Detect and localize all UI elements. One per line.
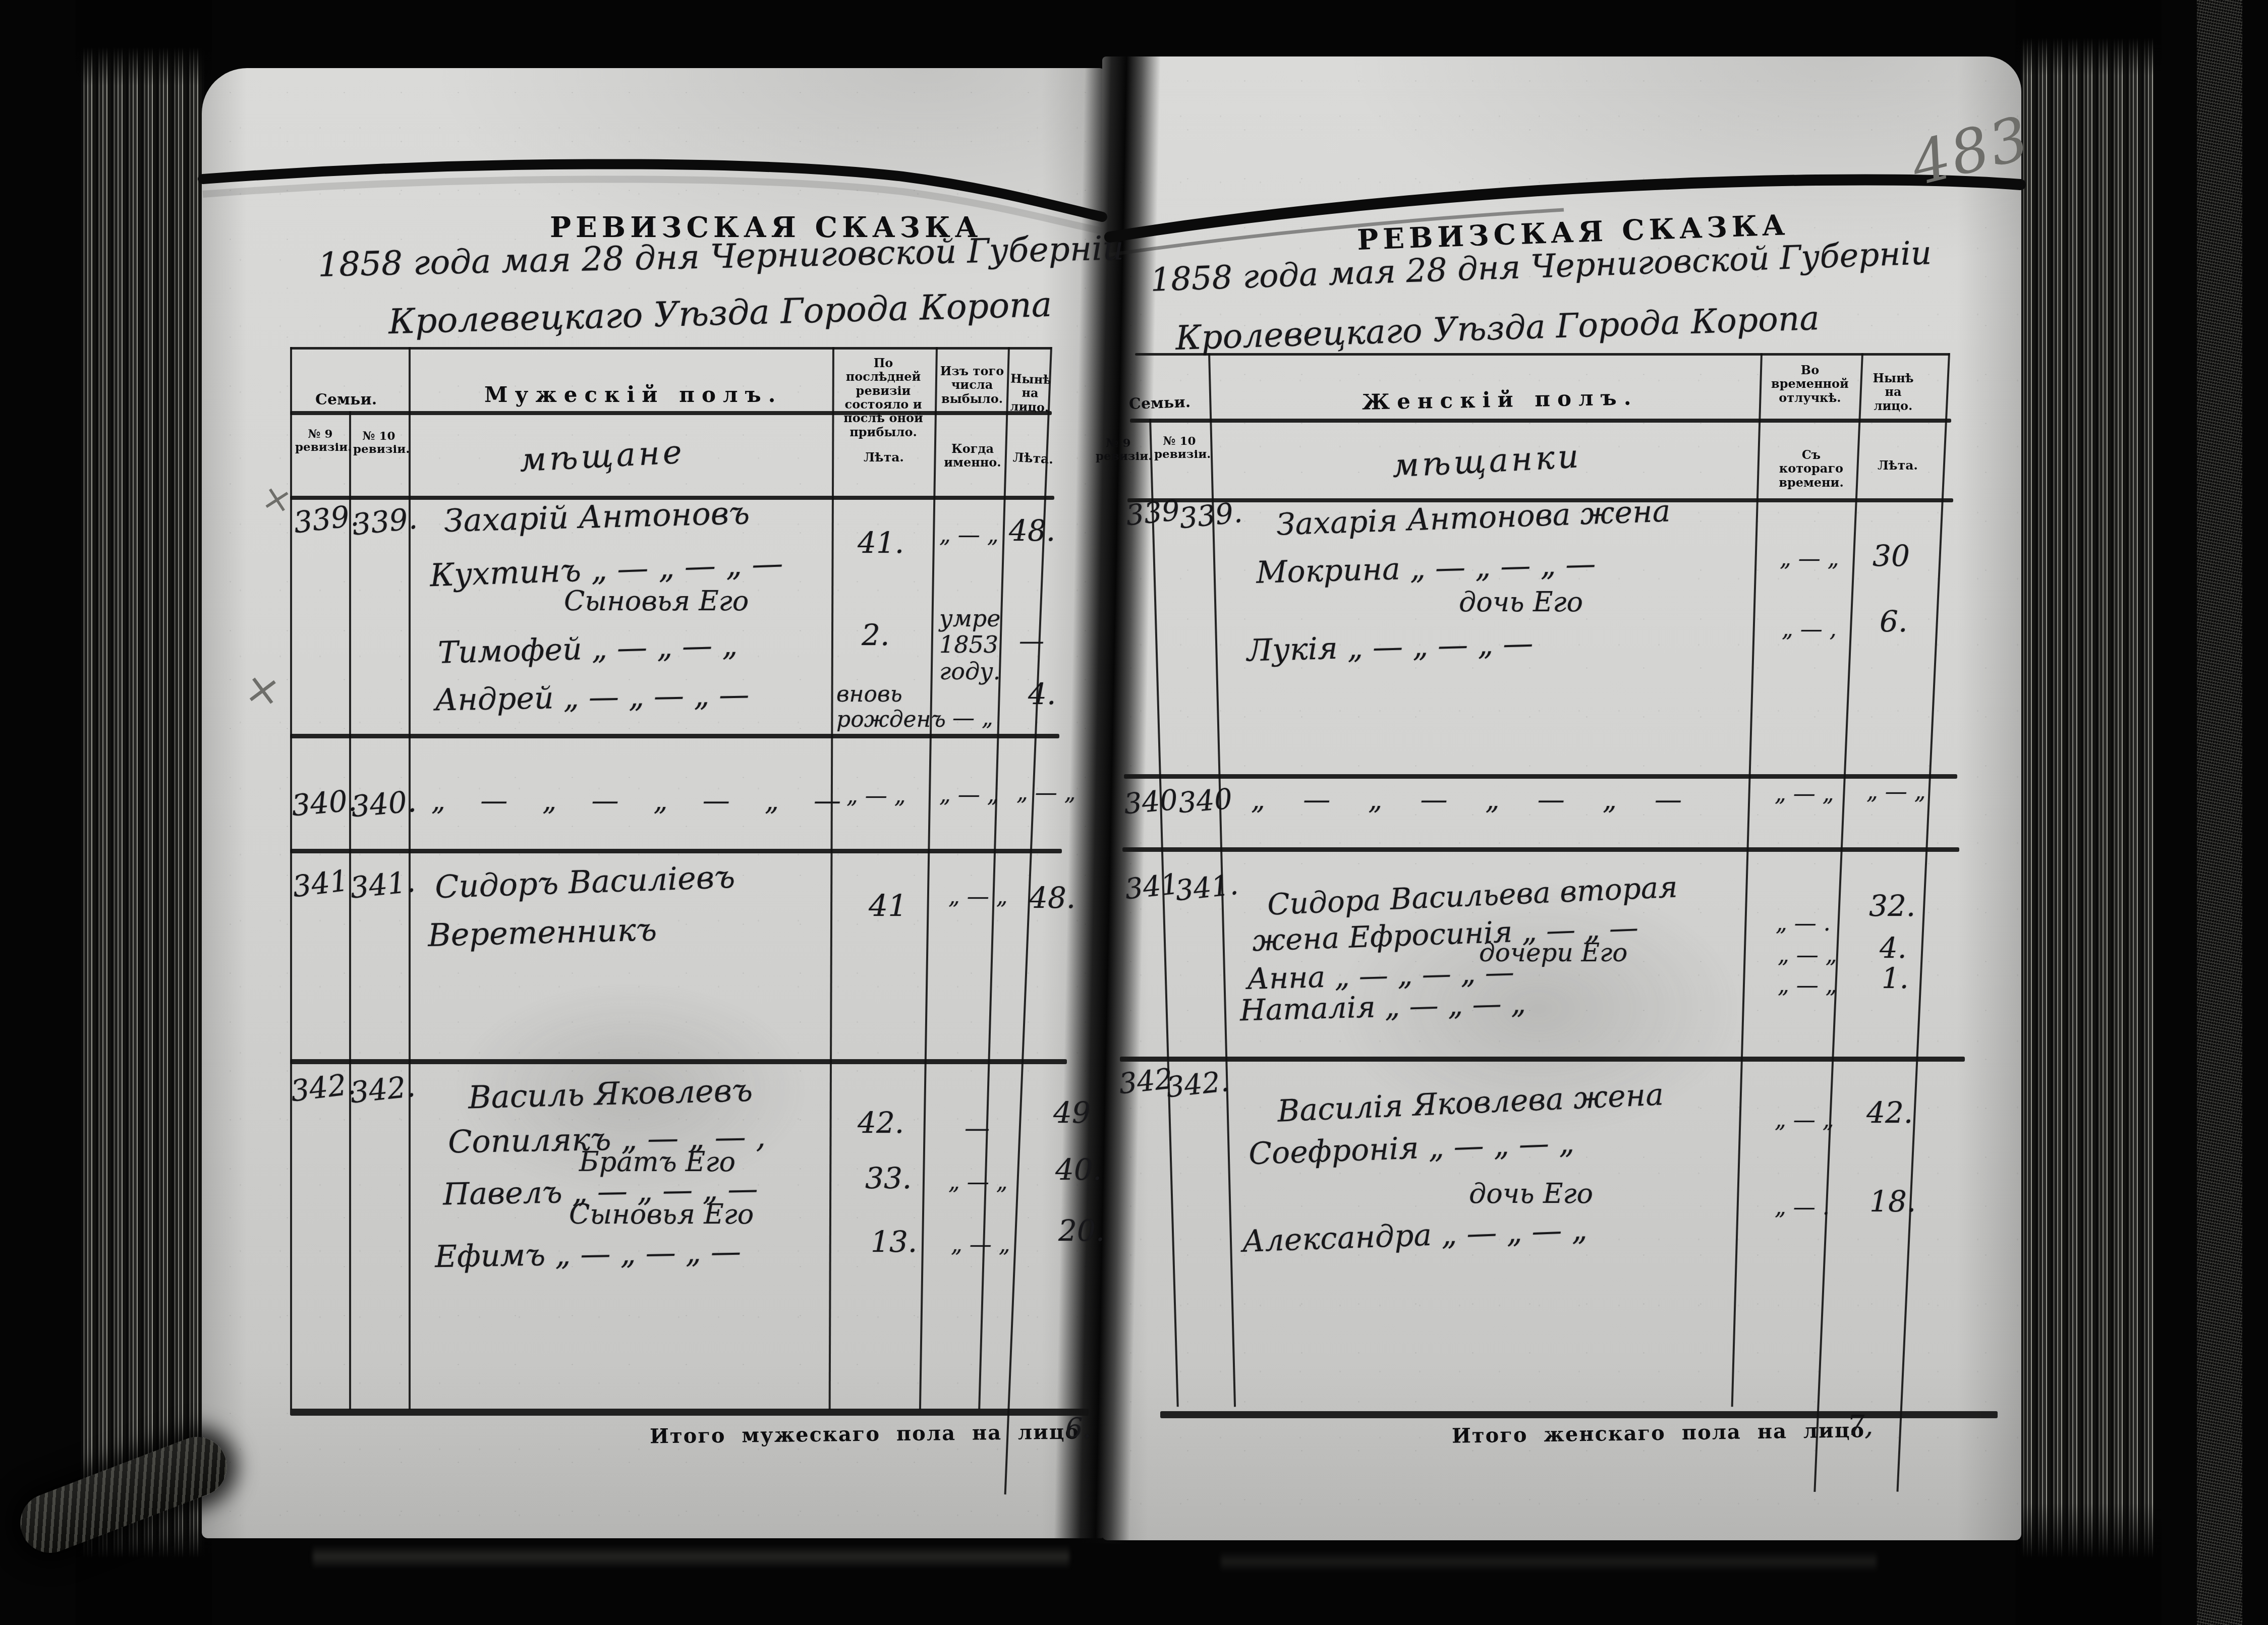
- right-header-group: Женскій полъ.: [1362, 385, 1638, 415]
- row339-now5: 4.: [1028, 677, 1056, 711]
- table-grid-line-horizontal: [290, 411, 1052, 415]
- table-grid-line-vertical: [290, 347, 292, 1410]
- row339-now2: 48.: [1009, 513, 1055, 548]
- row340-now1: „ — „: [1016, 780, 1076, 805]
- row339-prev5: вновь рожденъ: [836, 682, 942, 732]
- rrow342-abs4: „ — .: [1775, 1194, 1830, 1220]
- row339-out4: умре 1853 году.: [939, 605, 1005, 684]
- row341-no9: 341: [291, 863, 350, 904]
- table-grid-line-horizontal: [290, 1059, 1067, 1064]
- row340-name1: „ — „ — „ — „ —: [431, 785, 841, 817]
- left-header-group: Мужескій полъ.: [484, 382, 782, 407]
- row342-no10: 342.: [349, 1069, 417, 1110]
- right-header-rev10: № 10 ревизіи.: [1154, 435, 1205, 461]
- row340-out1: „ — „: [939, 782, 999, 807]
- table-grid-line-horizontal: [290, 496, 1054, 500]
- left-header-departed: Изъ того числа выбыло.: [939, 364, 1005, 405]
- row339-label3: Сыновья Его: [564, 585, 749, 617]
- table-grid-line-horizontal: [290, 849, 1062, 853]
- row341-name2: Веретенникъ: [427, 911, 657, 954]
- row341-prev1: 41: [869, 889, 907, 924]
- table-grid-line-horizontal: [1135, 353, 1950, 356]
- rrow340-now1: „ — „: [1866, 779, 1926, 804]
- row341-no10: 341.: [349, 864, 417, 905]
- rrow341-now5: 1.: [1882, 962, 1908, 995]
- rrow341-now4: 4.: [1880, 932, 1906, 965]
- row342-label5: Сыновья Его: [569, 1198, 754, 1230]
- rrow339-label3: дочь Его: [1459, 586, 1583, 618]
- row342-now2: 49: [1053, 1095, 1091, 1130]
- rrow342-label3: дочь Его: [1469, 1178, 1593, 1209]
- right-header-absence: Во временной отлучкѣ.: [1770, 363, 1850, 404]
- table-grid-line-horizontal: [1122, 847, 1959, 852]
- rrow341-no10: 341.: [1174, 868, 1240, 908]
- left-header-families: Семьи.: [315, 391, 377, 409]
- table-grid-line-horizontal: [1127, 498, 1953, 502]
- rrow340-abs1: „ — „: [1775, 781, 1834, 806]
- rrow339-now4: 6.: [1880, 604, 1907, 639]
- table-grid-line-horizontal: [1130, 419, 1951, 423]
- right-header-rev9: № 9 ревизіи.: [1096, 437, 1141, 463]
- table-grid-line-vertical: [409, 347, 411, 1410]
- right-header-families: Семьи.: [1128, 393, 1190, 413]
- rrow339-now2: 30: [1873, 539, 1910, 573]
- row342-prev2: 42.: [858, 1106, 904, 1140]
- left-header-rev9: № 9 ревизіи.: [295, 428, 346, 454]
- table-grid-line-horizontal: [290, 1409, 1089, 1416]
- left-header-years: Лѣта.: [864, 450, 904, 465]
- row342-out4: „ — „: [948, 1169, 1008, 1195]
- row339-prev2: 41.: [858, 526, 904, 560]
- table-grid-line-horizontal: [290, 347, 1052, 350]
- rrow339-abs2: „ — „: [1780, 546, 1839, 571]
- left-total-value: 6.: [1065, 1412, 1092, 1444]
- right-page-edge-stack: [2020, 28, 2154, 1625]
- rrow341-abs5: „ — „: [1778, 972, 1837, 998]
- row340-no9: 340.: [290, 783, 358, 823]
- left-header-prev-revision: По послѣдней ревизіи состояло и послѣ он…: [835, 356, 932, 439]
- rrow339-name4: Лукія „ — „ — „ —: [1246, 626, 1534, 669]
- pencil-check-mark-2: ×: [242, 663, 284, 717]
- row342-now4: 40.: [1055, 1152, 1102, 1187]
- table-grid-line-horizontal: [290, 734, 1059, 738]
- row342-name1: Василь Яковлевъ: [468, 1072, 753, 1116]
- table-grid-line-vertical: [349, 411, 351, 1410]
- table-grid-line-horizontal: [1120, 1057, 1965, 1062]
- book-scan: РЕВИЗСКАЯ СКАЗКА 1858 года мая 28 дня Че…: [0, 0, 2268, 1625]
- left-total-label: Итого мужескаго пола на лицо: [650, 1420, 1080, 1448]
- row342-prev6: 13.: [871, 1225, 917, 1259]
- table-grid-line-horizontal: [1160, 1411, 1998, 1418]
- rrow339-abs4: „ — ,: [1782, 616, 1837, 642]
- row341-out1: „ — „: [948, 884, 1008, 909]
- right-header-present: Нынѣ на лицо.: [1865, 371, 1921, 413]
- rrow342-abs2: „ — „: [1775, 1107, 1834, 1133]
- row342-prev4: 33.: [865, 1161, 912, 1195]
- left-page-edge-stack: [81, 35, 204, 1625]
- row340-prev1: „ — „: [846, 783, 906, 808]
- row341-now1: 48.: [1029, 881, 1075, 915]
- rrow340-name1: „ — „ — „ — „ —: [1251, 784, 1682, 816]
- row339-prev4: 2.: [862, 618, 889, 652]
- rrow342-now2: 42.: [1866, 1095, 1913, 1130]
- binding-texture-strip: [2197, 0, 2242, 1625]
- table-grid-line-horizontal: [1124, 774, 1957, 779]
- row339-out2: „ — „: [939, 522, 999, 548]
- rrow342-no10: 342.: [1165, 1065, 1231, 1105]
- bottom-scan-streak-left: [313, 1544, 1069, 1570]
- rrow341-abs2: „ — .: [1776, 910, 1831, 936]
- left-header-when: Когда именно.: [942, 442, 1003, 470]
- rrow341-abs4: „ — „: [1778, 942, 1837, 968]
- row340-no10: 340.: [350, 784, 418, 824]
- row342-name6: Ефимъ „ — „ — „ —: [434, 1234, 741, 1275]
- rrow340-no10: 340: [1177, 782, 1233, 820]
- bottom-scan-streak-right: [1221, 1551, 1877, 1572]
- right-header-years-now: Лѣта.: [1878, 458, 1918, 473]
- row339-name5: Андрей „ — „ — „ —: [434, 677, 749, 718]
- left-header-rev10: № 10 ревизіи.: [353, 430, 405, 456]
- row342-now6: 20.: [1058, 1213, 1105, 1248]
- row339-out5: — „: [952, 705, 993, 731]
- right-header-since: Съ котораго времени.: [1770, 448, 1853, 489]
- left-header-present: Нынѣ на лицо.: [1009, 372, 1051, 415]
- rrow341-no9: 341: [1123, 868, 1180, 906]
- rrow340-no9: 340: [1122, 783, 1179, 821]
- row342-out6: „ — „: [951, 1232, 1010, 1257]
- rrow341-now2: 32.: [1869, 889, 1915, 923]
